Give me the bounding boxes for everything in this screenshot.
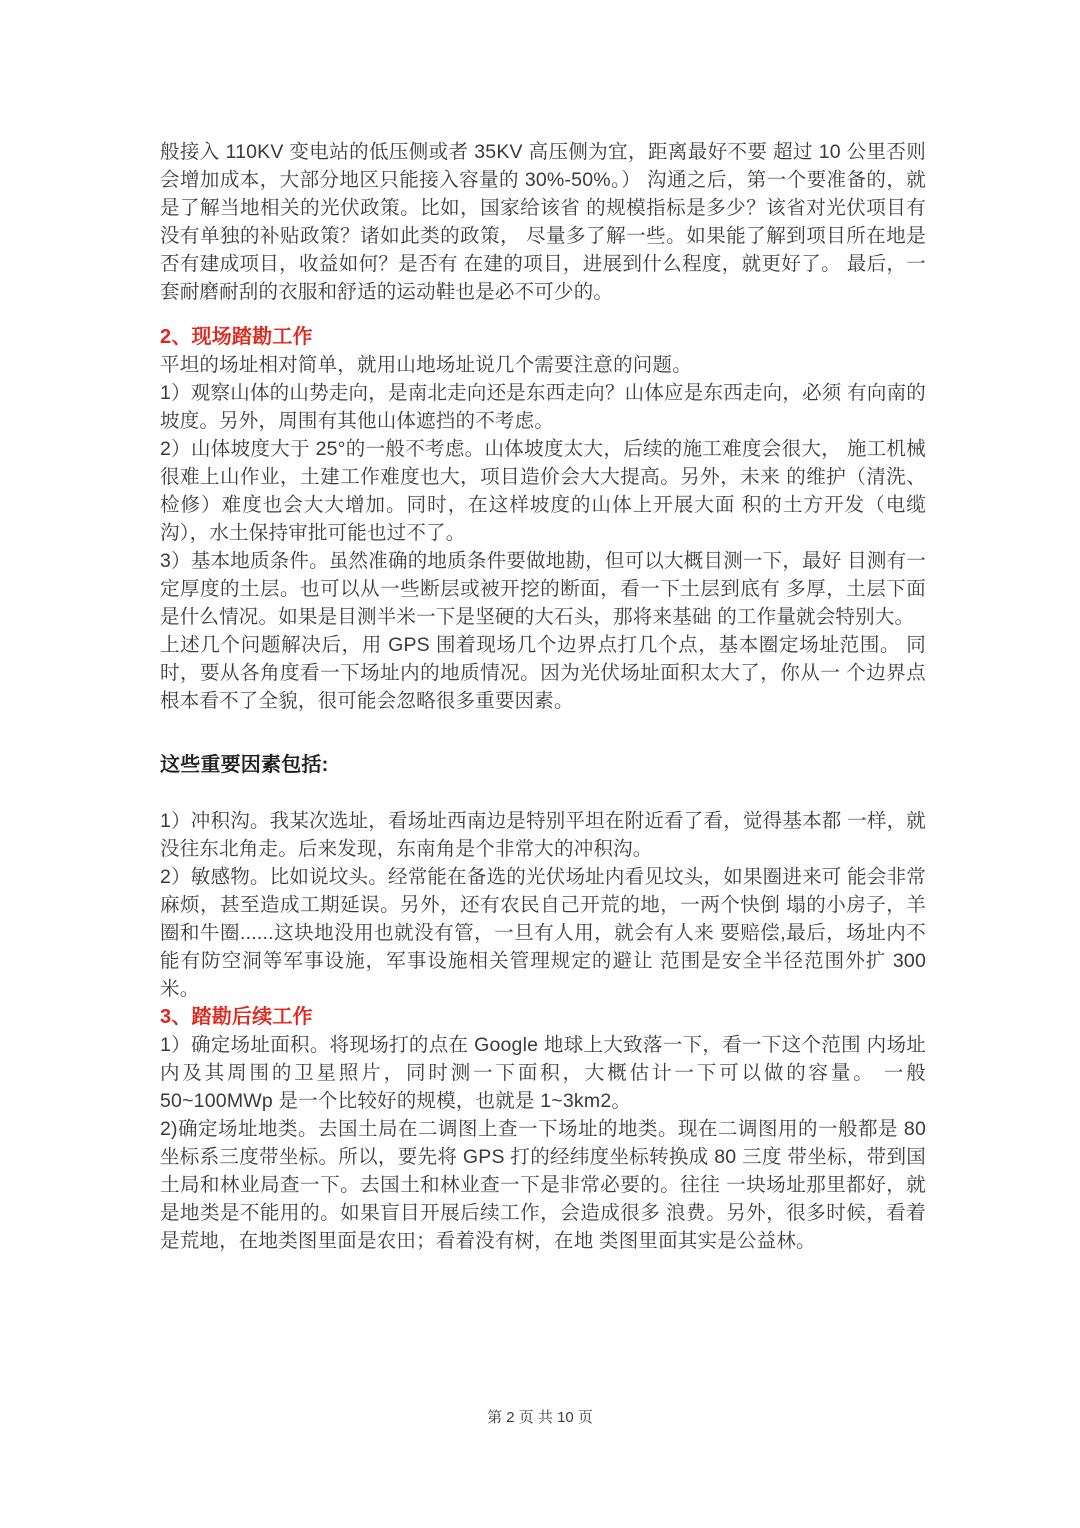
section2-intro-paragraph: 平坦的场址相对简单，就用山地场址说几个需要注意的问题。 bbox=[160, 351, 926, 379]
factors-item2-paragraph: 2）敏感物。比如说坟头。经常能在备选的光伏场址内看见坟头，如果圈进来可 能会非常… bbox=[160, 863, 926, 1003]
page-number-label: 第 2 页 共 10 页 bbox=[487, 1409, 593, 1426]
intro-paragraph: 般接入 110KV 变电站的低压侧或者 35KV 高压侧为宜，距离最好不要 超过… bbox=[160, 138, 926, 306]
factors-heading: 这些重要因素包括: bbox=[160, 751, 926, 779]
section2-heading: 2、现场踏勘工作 bbox=[160, 323, 926, 351]
factors-item1-paragraph: 1）冲积沟。我某次选址，看场址西南边是特别平坦在附近看了看，觉得基本都 一样，就… bbox=[160, 807, 926, 863]
section3-heading: 3、踏勘后续工作 bbox=[160, 1003, 926, 1031]
section3-item2-paragraph: 2)确定场址地类。去国土局在二调图上查一下场址的地类。现在二调图用的一般都是 8… bbox=[160, 1115, 926, 1255]
section2-summary-paragraph: 上述几个问题解决后，用 GPS 围着现场几个边界点打几个点，基本圈定场址范围。 … bbox=[160, 631, 926, 715]
page-footer: 第 2 页 共 10 页 bbox=[0, 1407, 1080, 1429]
section2-item2-paragraph: 2）山体坡度大于 25°的一般不考虑。山体坡度太大，后续的施工难度会很大， 施工… bbox=[160, 435, 926, 547]
section2-item1-paragraph: 1）观察山体的山势走向，是南北走向还是东西走向？山体应是东西走向，必须 有向南的… bbox=[160, 379, 926, 435]
document-content: 般接入 110KV 变电站的低压侧或者 35KV 高压侧为宜，距离最好不要 超过… bbox=[160, 138, 926, 1255]
section3-item1-paragraph: 1）确定场址面积。将现场打的点在 Google 地球上大致落一下，看一下这个范围… bbox=[160, 1031, 926, 1115]
section2-item3-paragraph: 3）基本地质条件。虽然准确的地质条件要做地勘，但可以大概目测一下，最好 目测有一… bbox=[160, 547, 926, 631]
document-page: 般接入 110KV 变电站的低压侧或者 35KV 高压侧为宜，距离最好不要 超过… bbox=[0, 0, 1080, 1528]
